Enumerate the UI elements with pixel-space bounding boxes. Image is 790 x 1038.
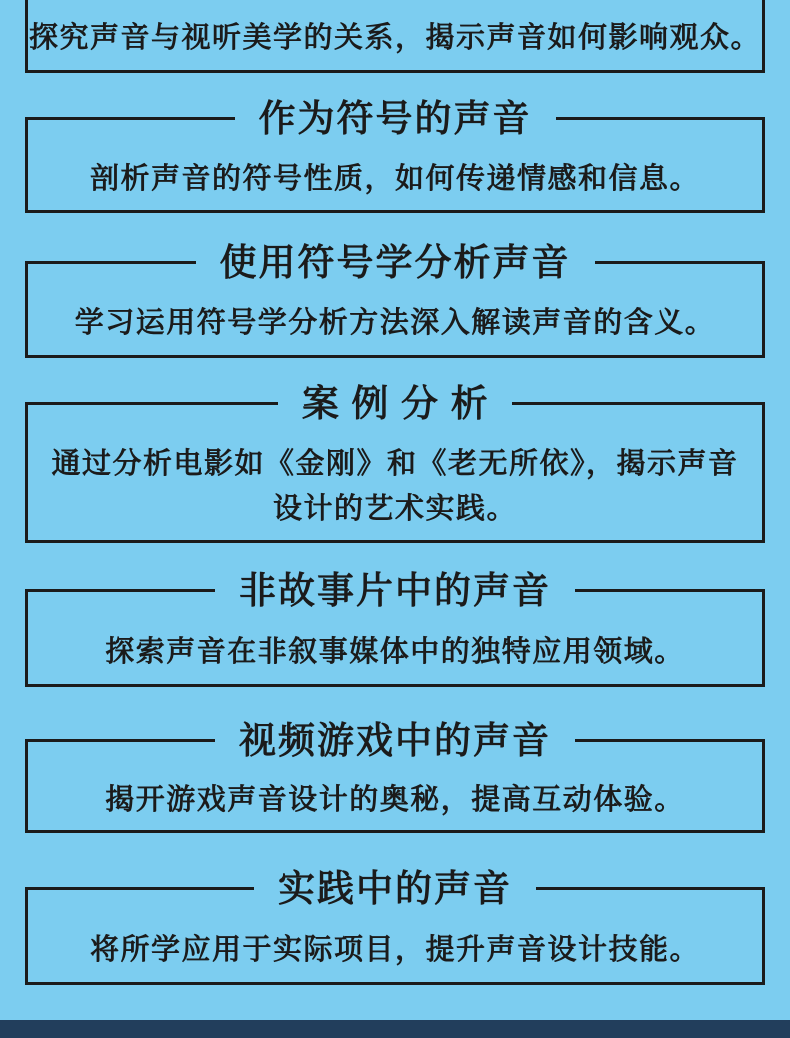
- section-semiotic-analysis: 使用符号学分析声音 学习运用符号学分析方法深入解读声音的含义。: [25, 262, 765, 358]
- section-title: 实践中的声音: [254, 870, 536, 907]
- intro-box: 探究声音与视听美学的关系，揭示声音如何影响观众。: [25, 0, 765, 73]
- divider-line: [575, 739, 765, 742]
- section-title: 非故事片中的声音: [215, 572, 575, 609]
- section-videogame-sound: 视频游戏中的声音 揭开游戏声音设计的奥秘，提高互动体验。: [25, 740, 765, 833]
- section-nonfiction-sound: 非故事片中的声音 探索声音在非叙事媒体中的独特应用领域。: [25, 590, 765, 687]
- section-sound-as-sign: 作为符号的声音 剖析声音的符号性质，如何传递情感和信息。: [25, 118, 765, 213]
- divider-line: [25, 589, 215, 592]
- section-case-study: 案例分析 通过分析电影如《金刚》和《老无所依》，揭示声音 设计的艺术实践。: [25, 403, 765, 543]
- section-description: 学习运用符号学分析方法深入解读声音的含义。: [75, 301, 716, 346]
- section-description: 揭开游戏声音设计的奥秘，提高互动体验。: [105, 778, 685, 823]
- intro-text: 探究声音与视听美学的关系，揭示声音如何影响观众。: [29, 15, 761, 56]
- divider-line: [25, 739, 215, 742]
- divider-line: [556, 117, 766, 120]
- divider-line: [25, 887, 254, 890]
- section-title: 案例分析: [278, 385, 512, 422]
- divider-line: [536, 887, 765, 890]
- divider-line: [25, 402, 278, 405]
- divider-line: [512, 402, 765, 405]
- divider-line: [25, 117, 235, 120]
- section-title: 作为符号的声音: [235, 100, 556, 137]
- divider-line: [595, 261, 766, 264]
- section-description: 通过分析电影如《金刚》和《老无所依》，揭示声音 设计的艺术实践。: [51, 442, 738, 532]
- footer-bar: [0, 1020, 790, 1038]
- divider-line: [25, 261, 196, 264]
- section-description: 探索声音在非叙事媒体中的独特应用领域。: [105, 630, 685, 675]
- section-title: 视频游戏中的声音: [215, 722, 575, 759]
- section-title: 使用符号学分析声音: [196, 244, 595, 281]
- section-description-box: 通过分析电影如《金刚》和《老无所依》，揭示声音 设计的艺术实践。: [25, 403, 765, 543]
- infographic-page: 探究声音与视听美学的关系，揭示声音如何影响观众。 作为符号的声音 剖析声音的符号…: [0, 0, 790, 1038]
- section-sound-in-practice: 实践中的声音 将所学应用于实际项目，提升声音设计技能。: [25, 888, 765, 985]
- section-description: 将所学应用于实际项目，提升声音设计技能。: [90, 928, 700, 973]
- divider-line: [575, 589, 765, 592]
- section-description: 剖析声音的符号性质，如何传递情感和信息。: [90, 157, 700, 202]
